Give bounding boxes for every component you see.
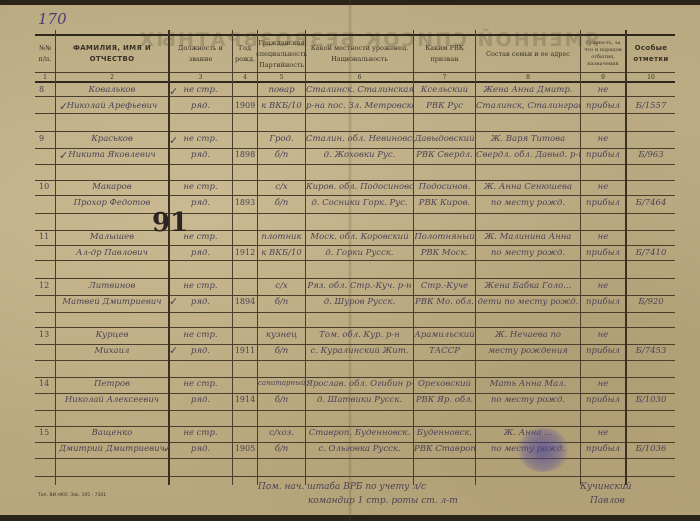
col-number-9: 9 [581, 74, 625, 81]
col-header-origin: Какой местности уроженец. Национальность [306, 36, 413, 72]
archive-mark: 91 [152, 208, 188, 238]
signature-line-2: командир 1 стр. роты ст. л-т [308, 496, 458, 506]
col-number-6: 6 [306, 74, 413, 81]
col-number-8: 8 [476, 74, 580, 81]
col-header-reason: Сущность, за что и порядок отбытия, назн… [581, 36, 625, 72]
col-number-1: 1 [35, 74, 55, 81]
document-page: 170 ЯМЕННОЙ СПИСОК БЕЗВОЗВРАТНЫХ [0, 0, 700, 521]
col-header-family: Состав семьи и ее адрес [476, 36, 580, 72]
col-number-5: 5 [258, 74, 305, 81]
signer-name-2: Павлов [590, 496, 625, 506]
col-header-number: №№ п/п. [35, 36, 55, 72]
print-code: Тип. ВИ НКО. Зак. 195 - 7301 [38, 493, 106, 498]
col-number-7: 7 [414, 74, 475, 81]
col-number-3: 3 [169, 74, 232, 81]
signature-line-1: Пом. нач. штаба ВРБ по учету л/с [258, 482, 426, 492]
col-number-2: 2 [56, 74, 168, 81]
col-header-birth-year: Год рожд. [233, 36, 257, 72]
colnum-rule [35, 81, 675, 83]
signer-name: Кучинский [580, 482, 632, 492]
col-number-10: 10 [627, 74, 675, 81]
page-number: 170 [38, 10, 67, 28]
col-header-fullname: ФАМИЛИЯ, ИМЯ И ОТЧЕСТВО [56, 36, 168, 72]
col-header-specialty: Гражданская специальность Партийность [258, 36, 305, 72]
col-header-rvk: Каким РВК призван [414, 36, 475, 72]
official-stamp [517, 428, 569, 472]
col-number-4: 4 [233, 74, 257, 81]
col-header-remarks: Особые отметки [627, 36, 675, 72]
header-rule [35, 72, 675, 73]
casualty-table: №№ п/п. ФАМИЛИЯ, ИМЯ И ОТЧЕСТВО Должност… [35, 30, 675, 485]
col-header-rank: Должность и звание [169, 36, 232, 72]
